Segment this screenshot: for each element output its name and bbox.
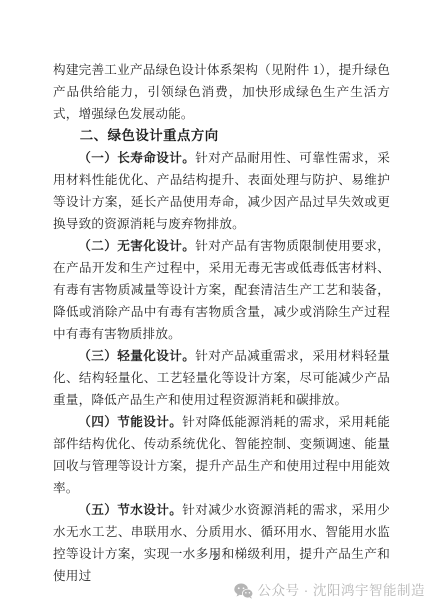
paragraph-lead: （二）无害化设计。 (78, 239, 195, 253)
paragraph: （一）长寿命设计。针对产品耐用性、可靠性需求，采用材料性能优化、产品结构提升、表… (53, 147, 390, 235)
footer-watermark-text: 公众号 · 沈阳鸿宇智能制造 (258, 582, 426, 600)
section-heading: 二、绿色设计重点方向 (53, 125, 390, 147)
paragraph-lead: （五）节水设计。 (78, 503, 182, 517)
paragraph-lead: 二、绿色设计重点方向 (80, 128, 219, 143)
document-page: 构建完善工业产品绿色设计体系架构（见附件 1），提升绿色产品供给能力，引领绿色消… (0, 0, 431, 610)
paragraph-lead: （三）轻量化设计。 (78, 349, 195, 363)
paragraph: （三）轻量化设计。针对产品减重需求，采用材料轻量化、结构轻量化、工艺轻量化等设计… (53, 345, 390, 411)
paragraph-lead: （四）节能设计。 (78, 415, 182, 429)
paragraph: （四）节能设计。针对降低能源消耗的需求，采用耗能部件结构优化、传动系统优化、智能… (53, 411, 390, 499)
page-number: 2 (0, 548, 431, 564)
paragraph: （五）节水设计。针对减少水资源消耗的需求，采用少水无水工艺、串联用水、分质用水、… (53, 499, 390, 587)
paragraph: （二）无害化设计。针对产品有害物质限制使用要求，在产品开发和生产过程中，采用无毒… (53, 235, 390, 345)
wechat-icon (234, 583, 253, 599)
footer-watermark: 公众号 · 沈阳鸿宇智能制造 (234, 582, 426, 600)
paragraph: 构建完善工业产品绿色设计体系架构（见附件 1），提升绿色产品供给能力，引领绿色消… (53, 59, 390, 125)
paragraph-text: 构建完善工业产品绿色设计体系架构（见附件 1），提升绿色产品供给能力，引领绿色消… (53, 63, 390, 121)
document-body: 构建完善工业产品绿色设计体系架构（见附件 1），提升绿色产品供给能力，引领绿色消… (53, 59, 390, 587)
paragraph-lead: （一）长寿命设计。 (78, 151, 195, 165)
paragraph-text: 针对产品有害物质限制使用要求，在产品开发和生产过程中，采用无毒无害或低毒低害材料… (53, 239, 390, 341)
